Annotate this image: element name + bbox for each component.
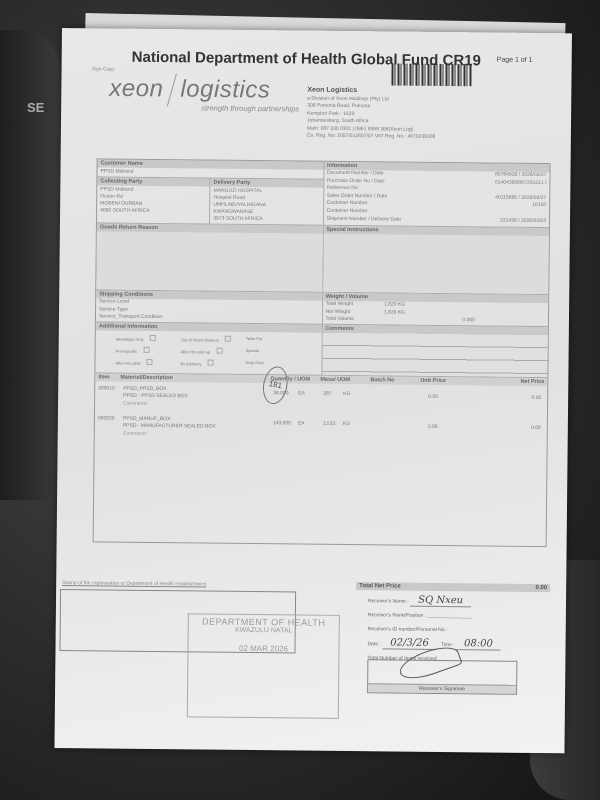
table-row: 000010PPSD_PPSD_BOXPPSD - PPSD SEALED BO… (98, 385, 544, 418)
receiver-name: SQ Nxeu (410, 595, 471, 608)
car-seat: SE (0, 30, 60, 500)
comments-section: Comments (322, 325, 548, 377)
checkbox-option: Tailor Fut (246, 336, 263, 341)
signature-box: Receiver's Signature (367, 659, 517, 695)
department-stamp: DEPARTMENT OF HEALTH KWAZULU NATAL 02 MA… (187, 613, 340, 719)
delivery-party: Delivery Party MANGUZI HOSPITALHospital … (210, 179, 323, 225)
checkbox-option: Special (246, 348, 259, 353)
items-table: 000010PPSD_PPSD_BOXPPSD - PPSD SEALED BO… (94, 381, 548, 546)
checkbox-option: Drop Over (245, 360, 264, 365)
company-address: Xeon Logistics a Division of Xeon Holdin… (307, 87, 436, 142)
checkbox-option: Out of Hours Delivery (181, 335, 231, 343)
checkbox-option: After Hrs deliv (115, 358, 152, 365)
page-number: Page 1 of 1 (497, 57, 533, 64)
collecting-party: Collecting Party PPSD MidrandOcean RdMOB… (97, 177, 211, 223)
delivery-form: Customer Name PPSD Midrand Collecting Pa… (93, 158, 551, 547)
table-row: 000020PPSD_MANUF_BOXPPSD - MANUFACTURER … (98, 415, 544, 448)
barcode-icon (391, 63, 471, 86)
customer-section: Customer Name PPSD Midrand Collecting Pa… (97, 159, 324, 224)
receive-time: 08:00 (456, 638, 501, 650)
checkbox-option: Re-Delivery (180, 359, 213, 366)
total-net-price: Total Net Price0.00 (356, 582, 550, 592)
checkbox-option: Pre-Specific (116, 346, 150, 353)
logo-tagline: strength through partnerships (201, 103, 299, 113)
shipping-conditions: Shipping Conditions Service Level Servic… (96, 290, 323, 323)
stamp-label: Stamp of the organisation or Department … (62, 580, 206, 588)
checkbox-option: Weekdays Only (116, 334, 156, 341)
seat-logo: SE (27, 100, 44, 115)
checkbox-option: After Hrs pick up (181, 347, 223, 354)
weight-volume: Weight / Volume Total Weight1,820 KG Net… (322, 293, 548, 326)
receive-date: 02/3/26 (382, 637, 437, 650)
info-row: Shipment Number / Delivery Date531438 / … (323, 215, 549, 225)
delivery-note: Sign Copy National Department of Health … (54, 28, 572, 753)
information-section: Information Document Number / Date807849… (323, 162, 549, 227)
company-logo: xeonlogistics (109, 73, 270, 109)
additional-information: Additional Information Weekdays OnlyOut … (95, 322, 322, 374)
